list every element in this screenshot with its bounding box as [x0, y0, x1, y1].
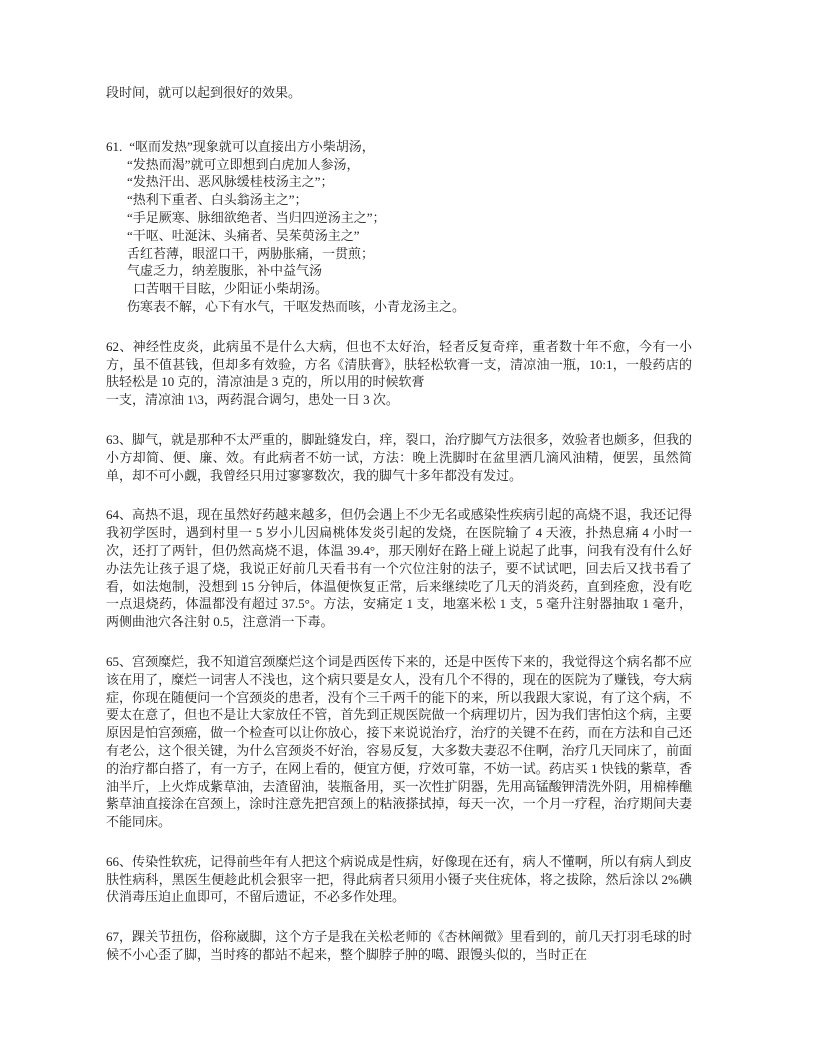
symptom-line: 伤寒表不解，心下有水气，干呕发热而咳，小青龙汤主之。	[106, 298, 692, 316]
paragraph-62-tail: 一支，清凉油 1\3，两药混合调匀，患处一日 3 次。	[106, 391, 692, 409]
quote-line: “手足厥寒、脉细欲绝者、当归四逆汤主之”；	[106, 209, 692, 227]
paragraph-66: 66、传染性软疣，记得前些年有人把这个病说成是性病，好像现在还有，病人不懂啊，所…	[106, 853, 692, 906]
paragraph-67: 67，踝关节扭伤，俗称崴脚，这个方子是我在关松老师的《杏林阐微》里看到的，前几天…	[106, 928, 692, 964]
paragraph-64: 64、高热不退，现在虽然好药越来越多，但仍会遇上不少无名或感染性疾病引起的高烧不…	[106, 506, 692, 631]
quote-line: “发热而渴”就可立即想到白虎加人参汤，	[106, 156, 692, 174]
symptom-line: 舌红苔薄，眼涩口干，两胁胀痛，一贯煎；	[106, 245, 692, 263]
paragraph-number: 61.	[106, 139, 122, 154]
quote-line: “干呕、吐涎沫、头痛者、吴茱萸汤主之”	[106, 227, 692, 245]
quote-line: “发热汗出、恶风脉缓桂枝汤主之”；	[106, 173, 692, 191]
quote-line: “热利下重者、白头翁汤主之”；	[106, 191, 692, 209]
paragraph-61: 61.“呕而发热”现象就可以直接出方小柴胡汤， “发热而渴”就可立即想到白虎加人…	[106, 138, 692, 316]
paragraph-63: 63、脚气，就是那种不太严重的，脚趾缝发白，痒，裂口，治疗脚气方法很多，效验者也…	[106, 431, 692, 484]
symptom-line: 气虚乏力，纳差腹胀，补中益气汤	[106, 262, 692, 280]
paragraph-65: 65、宫颈糜烂，我不知道宫颈糜烂这个词是西医传下来的，还是中医传下来的，我觉得这…	[106, 653, 692, 831]
quote-line: “呕而发热”现象就可以直接出方小柴胡汤，	[129, 139, 375, 154]
symptom-line: 口苦咽干目眩，少阳证小柴胡汤。	[106, 280, 692, 298]
paragraph-62: 62、神经性皮炎，此病虽不是什么大病，但也不太好治，轻者反复奇痒，重者数十年不愈…	[106, 338, 692, 409]
paragraph-62-body: 62、神经性皮炎，此病虽不是什么大病，但也不太好治，轻者反复奇痒，重者数十年不愈…	[106, 338, 692, 391]
document-page: 段时间，就可以起到很好的效果。 61.“呕而发热”现象就可以直接出方小柴胡汤， …	[106, 84, 692, 964]
paragraph-61-line-1: 61.“呕而发热”现象就可以直接出方小柴胡汤，	[106, 138, 692, 156]
intro-continuation-line: 段时间，就可以起到很好的效果。	[106, 84, 692, 102]
